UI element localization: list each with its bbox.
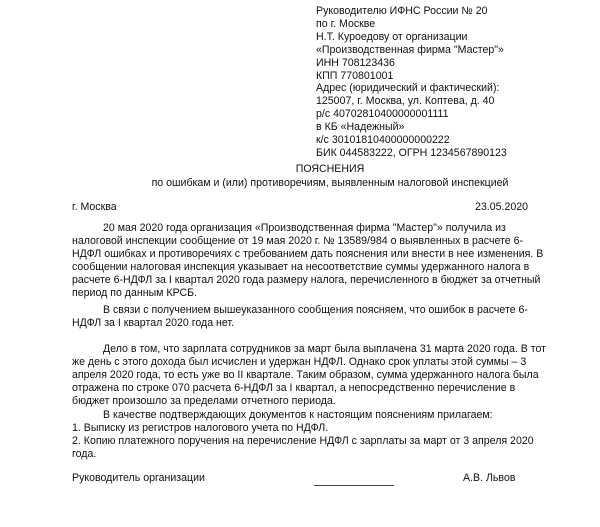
recipient-line: по г. Москве	[316, 18, 507, 31]
document-place: г. Москва	[72, 201, 117, 213]
paragraph-line: отражена по строке 070 расчета 6-НДФЛ за…	[72, 382, 542, 395]
document-subtitle: по ошибкам и (или) противоречиям, выявле…	[30, 177, 600, 189]
sender-corr-account: к/с 30101810400000000222	[316, 134, 507, 147]
paragraph-line: бюджет произошло за пределами отчетного …	[72, 395, 542, 408]
sender-address: 125007, г. Москва, ул. Коптева, д. 40	[316, 95, 507, 108]
document-date: 23.05.2020	[475, 201, 528, 213]
paragraph-line: Дело в том, что зарплата сотрудников за …	[72, 343, 542, 356]
paragraph-line: расчете 6-НДФЛ за I квартал 2020 года ра…	[72, 274, 542, 287]
paragraph-line: апреля 2020 года, то есть уже во II квар…	[72, 369, 542, 382]
paragraph-line: В связи с получением вышеуказанного сооб…	[72, 304, 542, 317]
sender-account: р/с 40702810400000001111	[316, 108, 507, 121]
recipient-block: Руководителю ИФНС России № 20 по г. Моск…	[316, 5, 507, 160]
paragraph-line: НДФЛ за I квартал 2020 года нет.	[72, 317, 542, 330]
recipient-line: Руководителю ИФНС России № 20	[316, 5, 507, 18]
paragraph-line: налоговой инспекции сообщение от 19 мая …	[72, 235, 542, 248]
paragraph-line: В качестве подтверждающих документов к н…	[72, 409, 542, 422]
sender-bik-ogrn: БИК 044583222, ОГРН 1234567890123	[316, 147, 507, 160]
paragraph-attachments: В качестве подтверждающих документов к н…	[72, 409, 542, 461]
paragraph-conclusion: В связи с получением вышеуказанного сооб…	[72, 304, 542, 330]
sender-kpp: КПП 770801001	[316, 70, 507, 83]
signature-line	[314, 485, 394, 486]
paragraph-line: сообщении налоговая инспекция указывает …	[72, 261, 542, 274]
signature-role: Руководитель организации	[72, 472, 205, 484]
document-title: ПОЯСНЕНИЯ	[30, 163, 600, 175]
paragraph-line: период по данным КРСБ.	[72, 287, 542, 300]
attachment-item: 1. Выписку из регистров налогового учета…	[72, 422, 542, 435]
attachment-item-continuation: года.	[72, 448, 542, 461]
sender-bank: в КБ «Надежный»	[316, 121, 507, 134]
paragraph-line: НДФЛ ошибках и противоречиях с требовани…	[72, 248, 542, 261]
paragraph-notification: 20 мая 2020 года организация «Производст…	[72, 222, 542, 300]
signature-name: А.В. Львов	[463, 472, 515, 484]
sender-inn: ИНН 708123436	[316, 57, 507, 70]
paragraph-line: же день с этого дохода был исчислен и уд…	[72, 356, 542, 369]
paragraph-explanation: Дело в том, что зарплата сотрудников за …	[72, 343, 542, 408]
sender-address-label: Адрес (юридический и фактический):	[316, 82, 507, 95]
recipient-line: Н.Т. Куроедову от организации	[316, 31, 507, 44]
attachment-item: 2. Копию платежного поручения на перечис…	[72, 435, 542, 448]
sender-name: «Производственная фирма "Мастер"»	[316, 44, 507, 57]
paragraph-line: 20 мая 2020 года организация «Производст…	[72, 222, 542, 235]
